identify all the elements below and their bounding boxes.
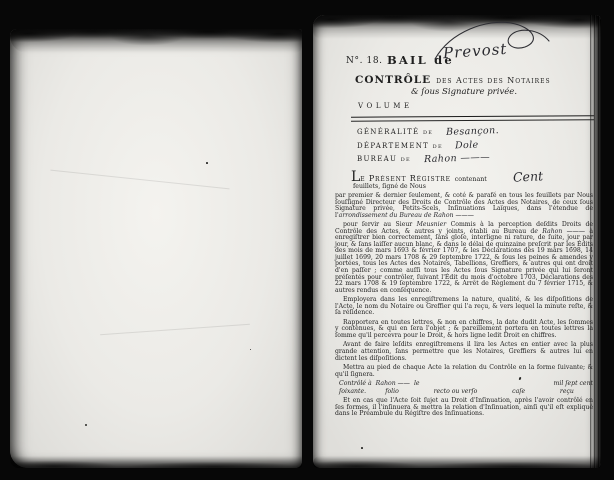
ink-speck	[361, 447, 363, 449]
instruction-paragraph: Avant de faire leſdits enregiſtremens il…	[335, 342, 593, 362]
controle-formula-line2: ſoixante. folio recto ou verſo caſe reçu	[339, 389, 593, 396]
feuillets-handwritten-count: Cent	[512, 168, 543, 185]
bureau-handwritten-value: Rahon ———	[423, 152, 489, 165]
printed-text: caſe	[512, 389, 525, 396]
right-form-page: N°. 18. BAIL de Prevost CONTRÔLEdes Acte…	[313, 15, 601, 468]
bureau-row: BUREAU de Rahon ———	[357, 153, 490, 164]
ink-speck	[85, 424, 87, 426]
registre-title: e Présent Régistre	[360, 174, 450, 183]
printed-text: folio	[385, 389, 399, 396]
printed-text: ſoixante.	[339, 389, 366, 396]
departement-handwritten-value: Dole	[455, 140, 479, 152]
ink-speck	[571, 247, 572, 248]
closing-paragraph: Et en cas que l'Acte ſoit ſujet au Droit…	[335, 398, 593, 418]
page-edge-smudge	[10, 456, 302, 468]
form-subtitle: & ſous Signature privée.	[371, 87, 557, 97]
form-title: CONTRÔLEdes Actes des Notaires	[355, 74, 551, 86]
preamble-body: par premier & dernier ſeulement, & coté …	[335, 193, 593, 421]
controle-formula-line1: Contrôlé à Rahon —— le mil ſept cent	[339, 381, 593, 388]
printed-text: à enregiſtrer bien correctement, ſans gl…	[335, 228, 593, 294]
scanned-register-photograph: N°. 18. BAIL de Prevost CONTRÔLEdes Acte…	[0, 0, 614, 480]
register-number: N°. 18.	[346, 56, 383, 66]
ink-speck	[250, 349, 251, 350]
volume-label: VOLUME	[358, 102, 413, 110]
form-title-main: CONTRÔLE	[355, 74, 431, 86]
page-edge-smudge	[10, 29, 302, 53]
registre-heading-line2: feuillets, ſigné de Nous	[353, 183, 426, 190]
double-rule	[351, 115, 594, 121]
printed-text: Contrôlé à	[339, 381, 372, 388]
printed-text: le	[414, 381, 420, 388]
printed-text: recto ou verſo	[434, 389, 478, 396]
printed-text: mil ſept cent	[554, 381, 593, 388]
printed-text: reçu	[560, 389, 574, 396]
form-title-sub: des Actes des Notaires	[436, 76, 550, 85]
contenant-label: contenant	[455, 176, 487, 183]
handwritten-place: Rahon ——	[376, 381, 410, 388]
instruction-paragraph: Employera dans les enregiſtremens la nat…	[335, 297, 593, 317]
departement-row: DÉPARTEMENT de Dole	[357, 140, 479, 151]
generalite-label: GÉNÉRALITÉ de	[357, 128, 433, 136]
ink-speck	[206, 162, 208, 164]
generalite-handwritten-value: Besançon.	[446, 125, 499, 138]
instruction-paragraph: Mettra au pied de chaque Acte la relatio…	[335, 365, 593, 378]
commission-paragraph: pour ſervir au Sieur Meusnier Commis à l…	[335, 222, 593, 294]
preamble-paragraph: par premier & dernier ſeulement, & coté …	[335, 193, 593, 219]
handwritten-text: arrondissement du Bureau de Rahon ———	[339, 212, 474, 219]
left-blank-page	[10, 29, 302, 468]
generalite-row: GÉNÉRALITÉ de Besançon.	[357, 126, 499, 137]
paper-crease	[100, 324, 250, 335]
page-edge-smudge	[313, 456, 601, 468]
departement-label: DÉPARTEMENT de	[357, 142, 443, 150]
bureau-label: BUREAU de	[357, 155, 411, 163]
instruction-paragraph: Rapportera en toutes lettres, & non en c…	[335, 320, 593, 340]
paper-crease	[50, 170, 229, 190]
